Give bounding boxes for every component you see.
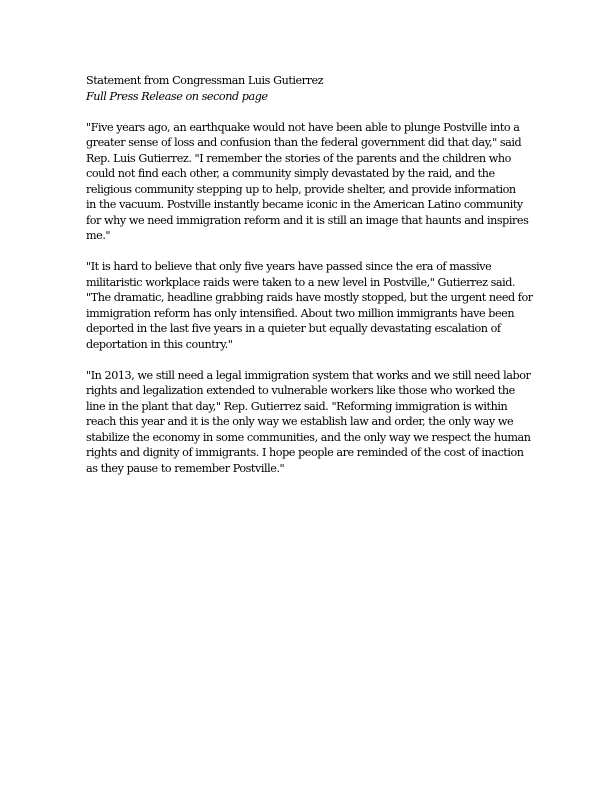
paragraph-line: could not find each other, a community s… — [86, 166, 526, 182]
paragraph-1: "Five years ago, an earthquake would not… — [86, 120, 526, 244]
paragraph-line: me." — [86, 228, 526, 244]
document-page: Statement from Congressman Luis Gutierre… — [86, 73, 526, 476]
paragraph-line: "Five years ago, an earthquake would not… — [86, 120, 526, 136]
paragraph-line: militaristic workplace raids were taken … — [86, 275, 526, 291]
paragraph-3: "In 2013, we still need a legal immigrat… — [86, 368, 526, 477]
paragraph-line: deportation in this country." — [86, 337, 526, 353]
paragraph-line: line in the plant that day," Rep. Gutier… — [86, 399, 526, 415]
paragraph-line: immigration reform has only intensified.… — [86, 306, 526, 322]
paragraph-line: religious community stepping up to help,… — [86, 182, 526, 198]
paragraph-line: Rep. Luis Gutierrez. "I remember the sto… — [86, 151, 526, 167]
spacer — [86, 244, 526, 260]
paragraph-line: rights and dignity of immigrants. I hope… — [86, 445, 526, 461]
spacer — [86, 352, 526, 368]
paragraph-2: "It is hard to believe that only five ye… — [86, 259, 526, 352]
paragraph-line: "In 2013, we still need a legal immigrat… — [86, 368, 526, 384]
paragraph-line: for why we need immigration reform and i… — [86, 213, 526, 229]
document-title: Statement from Congressman Luis Gutierre… — [86, 73, 526, 89]
paragraph-line: "The dramatic, headline grabbing raids h… — [86, 290, 526, 306]
paragraph-line: deported in the last five years in a qui… — [86, 321, 526, 337]
paragraph-line: reach this year and it is the only way w… — [86, 414, 526, 430]
paragraph-line: as they pause to remember Postville." — [86, 461, 526, 477]
paragraph-line: greater sense of loss and confusion than… — [86, 135, 526, 151]
spacer — [86, 104, 526, 120]
paragraph-line: stabilize the economy in some communitie… — [86, 430, 526, 446]
paragraph-line: in the vacuum. Postville instantly becam… — [86, 197, 526, 213]
document-subtitle: Full Press Release on second page — [86, 89, 526, 105]
paragraph-line: rights and legalization extended to vuln… — [86, 383, 526, 399]
paragraph-line: "It is hard to believe that only five ye… — [86, 259, 526, 275]
